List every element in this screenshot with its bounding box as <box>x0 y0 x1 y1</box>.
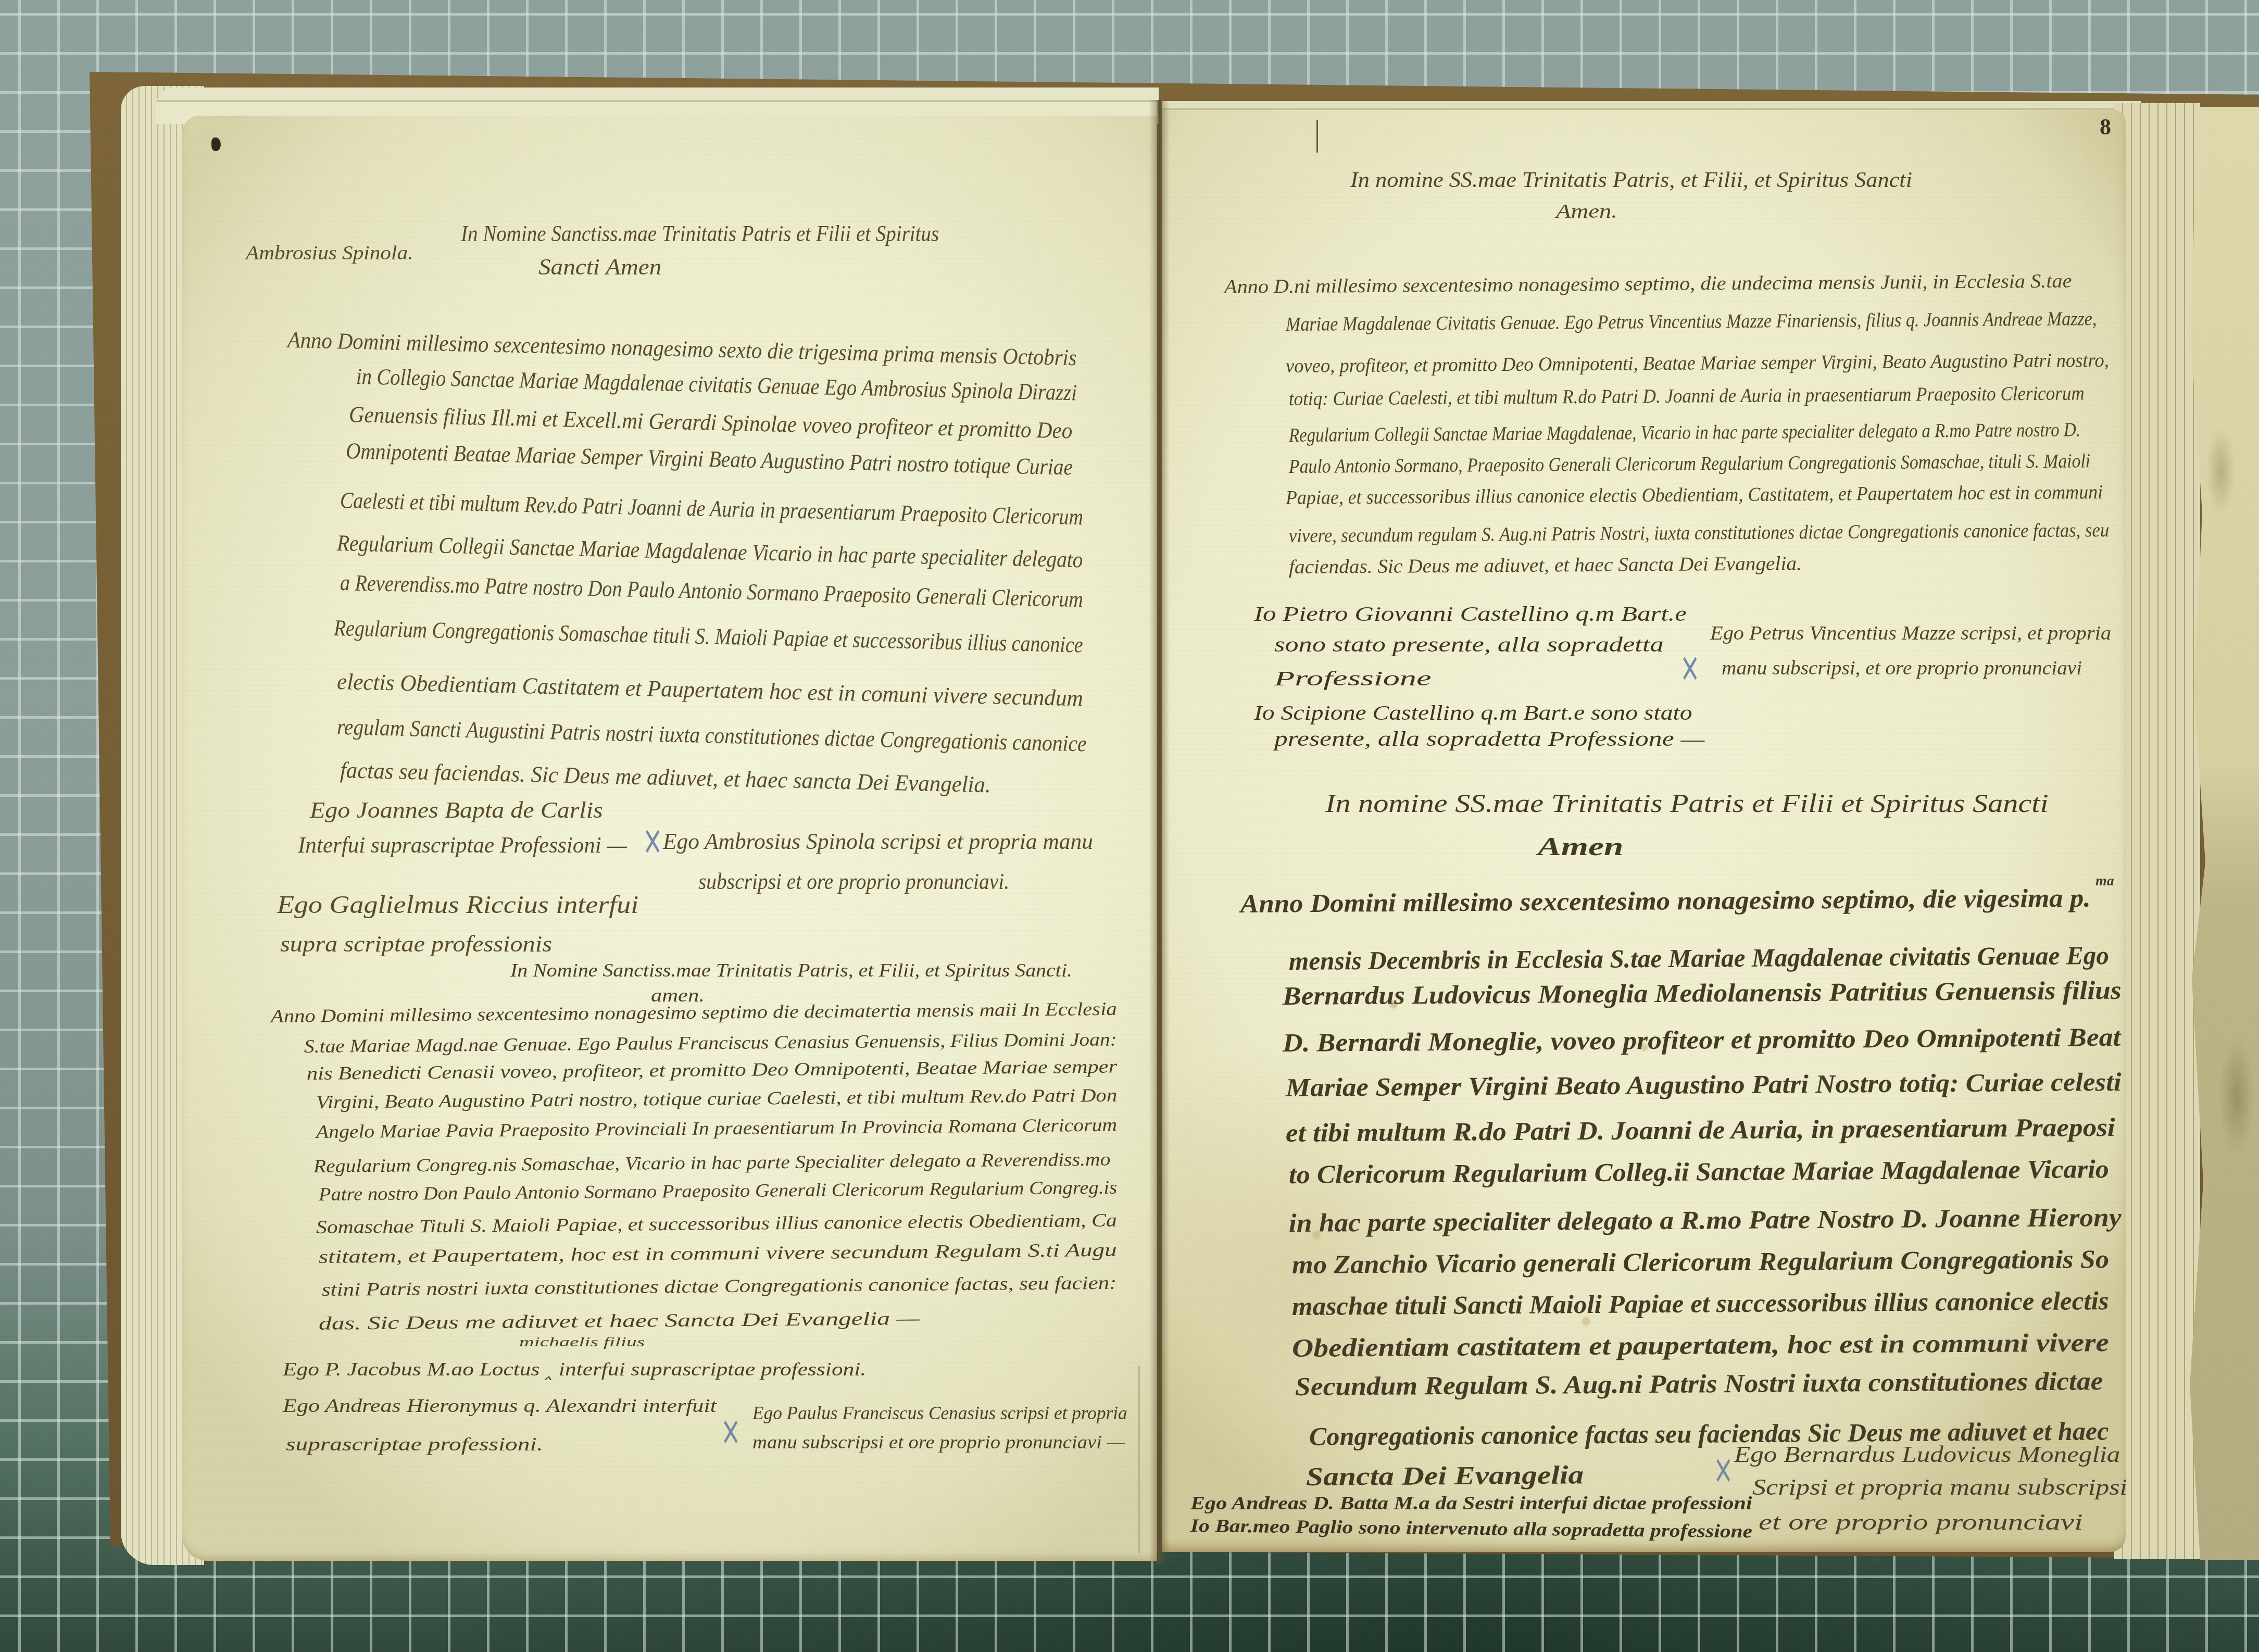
entry-heading: Sancti Amen <box>538 256 661 279</box>
book-gutter <box>1149 100 1170 1563</box>
signature-line: Ego Ambrosius Spinola scripsi et propria… <box>663 830 1093 853</box>
text-line: nis Benedicti Cenasii voveo, profiteor, … <box>307 1057 1117 1083</box>
text-line: electis Obedientiam Castitatem et Pauper… <box>337 670 1084 710</box>
text-line: D. Bernardi Moneglie, voveo profiteor et… <box>1283 1024 2121 1056</box>
text-line: stitatem, et Paupertatem, hoc est in com… <box>319 1241 1117 1266</box>
signature-line: Ego Bernardus Ludovicus Moneglia <box>1734 1443 2120 1466</box>
signature-line: Ego Joannes Bapta de Carlis <box>310 799 603 822</box>
signature-line: Ego P. Jacobus M.ao Loctus ‸ interfui su… <box>283 1360 866 1379</box>
signature-line: Ego Paulus Franciscus Cenasius scripsi e… <box>752 1404 1127 1422</box>
text-line: faciendas. Sic Deus me adiuvet, et haec … <box>1289 554 1802 577</box>
signature-line: Interfui suprascriptae Professioni — <box>298 834 627 857</box>
manuscript-scan: Ambrosius Spinola. In Nomine Sanctiss.ma… <box>0 0 2259 1652</box>
text-line: Anno Domini millesimo sexcentesimo nonag… <box>271 999 1117 1025</box>
signature-line: Ego Andreas Hieronymus q. Alexandri inte… <box>283 1396 717 1415</box>
text-line: Anno Domini millesimo sexcentesimo nonag… <box>287 329 1077 369</box>
entry-heading: In Nomine Sanctiss.mae Trinitatis Patris… <box>510 961 1072 980</box>
ink-blot <box>211 137 221 151</box>
text-line: stini Patris nostri iuxta constitutiones… <box>322 1273 1117 1299</box>
text-line: S.tae Mariae Magd.nae Genuae. Ego Paulus… <box>304 1030 1117 1056</box>
text-line: Regularium Congregationis Somaschae titu… <box>334 617 1084 657</box>
signature-line: Scripsi et propria manu subscripsi <box>1752 1476 2126 1499</box>
text-line: Somaschae Tituli S. Maioli Papiae, et su… <box>316 1211 1117 1236</box>
text-line: vivere, secundum regulam S. Aug.ni Patri… <box>1289 520 2109 546</box>
pencil-cross-mark-icon: × <box>643 820 663 860</box>
text-line: Angelo Mariae Pavia Praeposito Provincia… <box>316 1116 1117 1141</box>
page-stack-right-edge <box>2114 103 2200 1559</box>
text-line: factas seu faciendas. Sic Deus me adiuve… <box>340 759 992 796</box>
text-line: mo Zanchio Vicario generali Clericorum R… <box>1292 1246 2109 1278</box>
text-line: Regularium Congreg.nis Somaschae, Vicari… <box>313 1150 1111 1175</box>
pencil-cross-mark-icon: × <box>1713 1449 1734 1490</box>
entry-heading: In nomine SS.mae Trinitatis Patris, et F… <box>1350 169 1912 191</box>
text-line: mensis Decembris in Ecclesia S.tae Maria… <box>1289 942 2109 974</box>
signature-line: Ego Gaglielmus Riccius interfui <box>277 893 638 918</box>
superscript-abbreviation: ma <box>2095 874 2114 888</box>
signature-line: manu subscripsi, et ore proprio pronunci… <box>1722 658 2082 678</box>
text-line: et tibi multum R.do Patri D. Joanni de A… <box>1286 1114 2115 1146</box>
entry-heading: Amen <box>1538 833 1623 859</box>
text-line: Genuensis filius Ill.mi et Excell.mi Ger… <box>349 403 1073 443</box>
text-line: Regularium Collegii Sanctae Mariae Magda… <box>1289 420 2080 445</box>
signature-line: Io Scipione Castellino q.m Bart.e sono s… <box>1254 703 1692 723</box>
text-line: Mariae Magdalenae Civitatis Genuae. Ego … <box>1286 309 2097 334</box>
margin-note: Ambrosius Spinola. <box>246 243 413 263</box>
pencil-cross-mark-icon: × <box>1680 647 1700 687</box>
text-line: Patre nostro Don Paulo Antonio Sormano P… <box>319 1178 1118 1204</box>
text-line: Obedientiam castitatem et paupertatem, h… <box>1292 1329 2109 1361</box>
right-page: 8 In nomine SS.mae Trinitatis Patris, et… <box>1162 110 2126 1552</box>
text-line: a Reverendiss.mo Patre nostro Don Paulo … <box>340 571 1084 611</box>
signature-line: Ego Andreas D. Batta M.a da Sestri inter… <box>1190 1494 1752 1512</box>
signature-line: et ore proprio pronunciavi <box>1759 1511 2082 1534</box>
text-line: in hac parte specialiter delegato a R.mo… <box>1289 1204 2122 1236</box>
text-line: to Clericorum Regularium Colleg.ii Sanct… <box>1289 1156 2109 1187</box>
text-line: Virgini, Beato Augustino Patri nostro, t… <box>316 1086 1118 1111</box>
signature-line: Ego Petrus Vincentius Mazze scripsi, et … <box>1710 623 2111 643</box>
page-number: 8 <box>2100 116 2111 139</box>
folded-page-corner <box>1138 1366 1145 1553</box>
text-line: Anno Domini millesimo sexcentesimo nonag… <box>1240 885 2091 917</box>
text-line: Papiae, et successoribus illius canonice… <box>1286 482 2103 508</box>
signature-line: Io Pietro Giovanni Castellino q.m Bart.e <box>1254 604 1687 624</box>
text-line: Paulo Antonio Sormano, Praeposito Genera… <box>1289 451 2090 477</box>
entry-heading: In Nomine Sanctiss.mae Trinitatis Patris… <box>461 222 939 245</box>
pencil-cross-mark-icon: × <box>721 1410 741 1451</box>
text-line: Regularium Collegii Sanctae Mariae Magda… <box>337 532 1083 571</box>
text-line: maschae tituli Sancti Maioli Papiae et s… <box>1292 1287 2109 1319</box>
text-line: totiq: Curiae Caelesti, et tibi multum R… <box>1289 383 2085 409</box>
signature-line: subscripsi et ore proprio pronunciavi. <box>698 870 1009 893</box>
signature-line: supra scriptae professionis <box>280 933 552 956</box>
entry-heading: In nomine SS.mae Trinitatis Patris et Fi… <box>1325 790 2049 816</box>
ink-stroke-mark <box>1316 120 1318 153</box>
entry-heading: Amen. <box>1556 202 1617 221</box>
text-line: Mariae Semper Virgini Beato Augustino Pa… <box>1286 1069 2122 1100</box>
text-line: regulam Sancti Augustini Patris nostri i… <box>337 716 1087 756</box>
text-line: Bernardus Ludovicus Moneglia Mediolanens… <box>1283 977 2122 1009</box>
text-line: Omnipotenti Beatae Mariae Semper Virgini… <box>346 440 1073 479</box>
text-line: in Collegio Sanctae Mariae Magdalenae ci… <box>356 365 1077 404</box>
text-line: Secundum Regulam S. Aug.ni Patris Nostri… <box>1295 1368 2103 1399</box>
text-line: Anno D.ni millesimo sexcentesimo nonages… <box>1224 271 2072 297</box>
signature-line: Io Bar.meo Paglio sono intervenuto alla … <box>1190 1516 1752 1541</box>
interlinear-insert: michaelis filius <box>519 1335 645 1349</box>
signature-line: manu subscripsi et ore proprio pronuncia… <box>752 1433 1125 1451</box>
text-line: Sancta Dei Evangelia <box>1306 1461 1584 1490</box>
signature-line: Professione <box>1274 668 1432 689</box>
left-page: Ambrosius Spinola. In Nomine Sanctiss.ma… <box>182 116 1157 1561</box>
signature-line: sono stato presente, alla sopradetta <box>1274 634 1664 655</box>
text-line: voveo, profiteor, et promitto Deo Omnipo… <box>1286 351 2109 376</box>
signature-line: presente, alla sopradetta Professione — <box>1274 729 1704 749</box>
text-line: Caelesti et tibi multum Rev.do Patri Joa… <box>340 489 1084 529</box>
text-line: das. Sic Deus me adiuvet et haec Sancta … <box>319 1309 920 1333</box>
signature-line: suprascriptae professioni. <box>286 1435 543 1454</box>
